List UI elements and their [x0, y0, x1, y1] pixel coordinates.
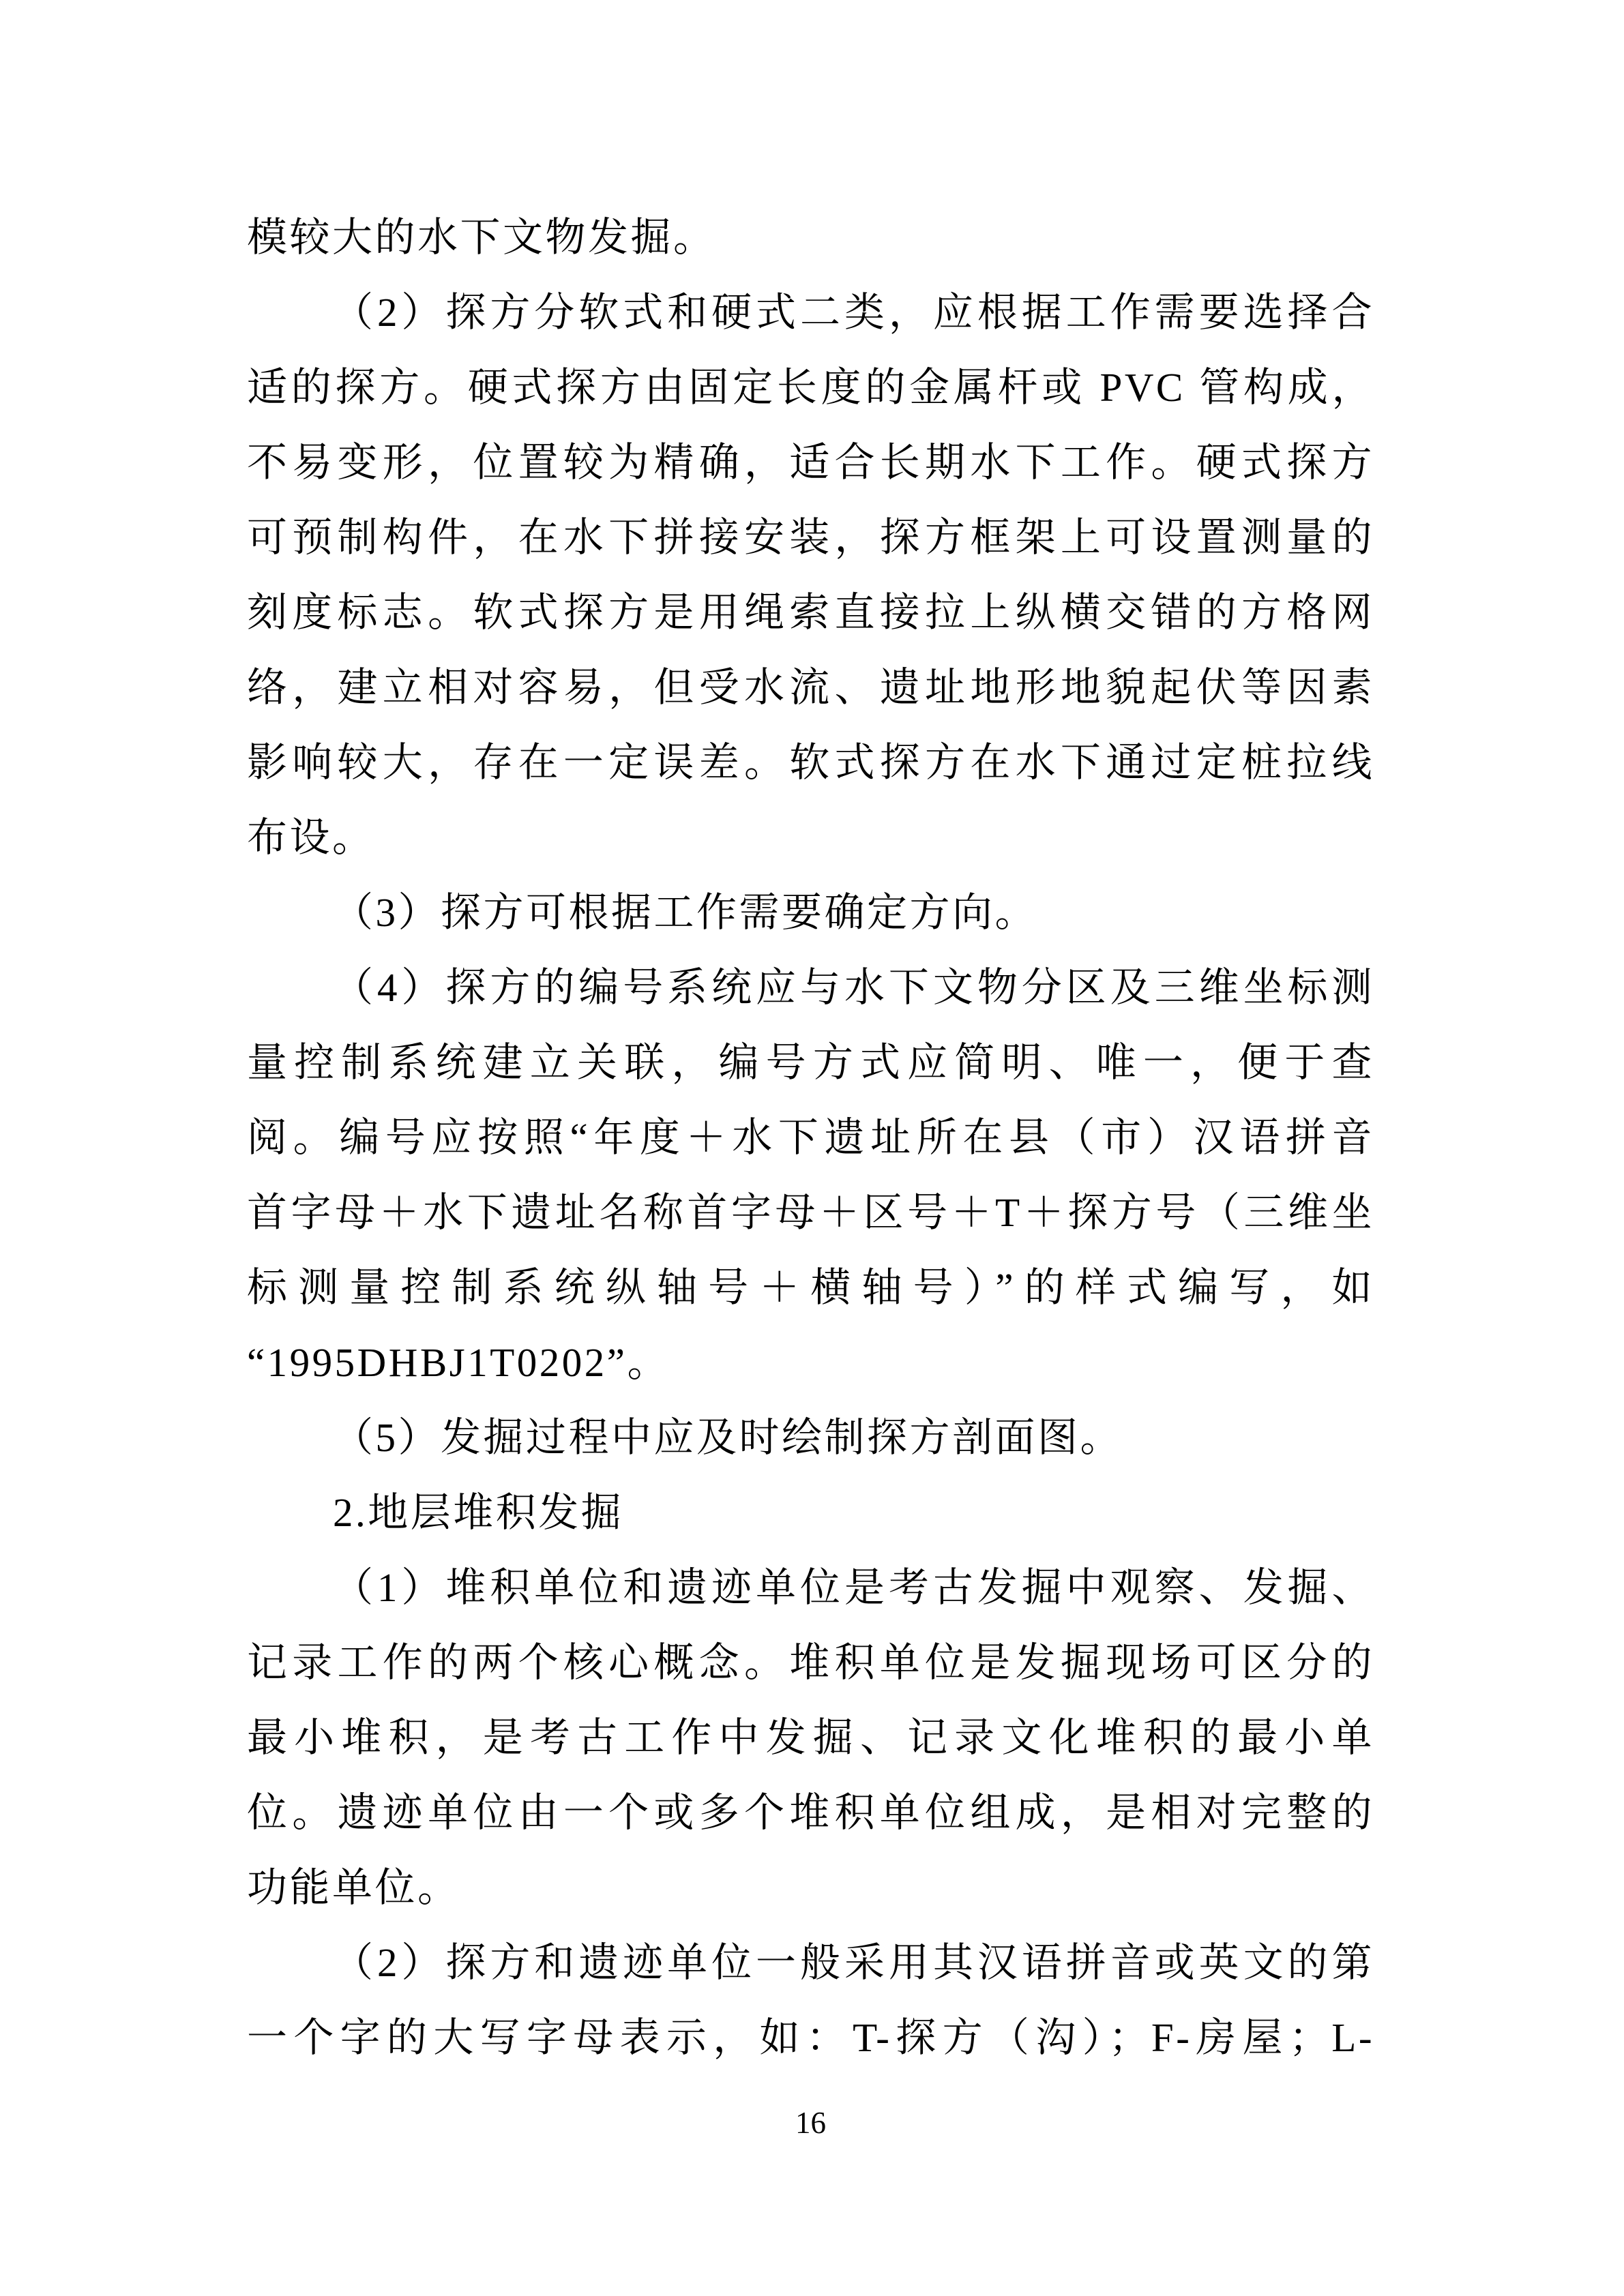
text-line: 量控制系统建立关联，编号方式应简明、唯一，便于查 — [247, 1025, 1374, 1100]
text-line: 络，建立相对容易，但受水流、遗址地形地貌起伏等因素 — [247, 650, 1374, 725]
text-line: 可预制构件，在水下拼接安装，探方框架上可设置测量的 — [247, 500, 1374, 575]
text-line: 适的探方。硬式探方由固定长度的金属杆或 PVC 管构成， — [247, 350, 1374, 425]
text-line: 功能单位。 — [247, 1850, 1374, 1925]
text-line: （2）探方和遗迹单位一般采用其汉语拼音或英文的第 — [247, 1925, 1374, 2000]
text-line: 一个字的大写字母表示，如：T-探方（沟）；F-房屋；L- — [247, 2000, 1374, 2075]
text-line: 刻度标志。软式探方是用绳索直接拉上纵横交错的方格网 — [247, 575, 1374, 650]
text-line: （5）发掘过程中应及时绘制探方剖面图。 — [247, 1400, 1374, 1475]
text-line: 2.地层堆积发掘 — [247, 1475, 1374, 1550]
text-line: 首字母＋水下遗址名称首字母＋区号＋T＋探方号（三维坐 — [247, 1175, 1374, 1250]
text-line: （4）探方的编号系统应与水下文物分区及三维坐标测 — [247, 950, 1374, 1025]
text-line: 不易变形，位置较为精确，适合长期水下工作。硬式探方 — [247, 425, 1374, 500]
text-line: 布设。 — [247, 800, 1374, 875]
document-page: 模较大的水下文物发掘。 （2）探方分软式和硬式二类，应根据工作需要选择合 适的探… — [0, 0, 1624, 2296]
text-line: （2）探方分软式和硬式二类，应根据工作需要选择合 — [247, 275, 1374, 350]
text-line: 模较大的水下文物发掘。 — [247, 200, 1374, 275]
body-text: 模较大的水下文物发掘。 （2）探方分软式和硬式二类，应根据工作需要选择合 适的探… — [247, 200, 1374, 2075]
text-line: 记录工作的两个核心概念。堆积单位是发掘现场可区分的 — [247, 1625, 1374, 1700]
text-line: “1995DHBJ1T0202”。 — [247, 1325, 1374, 1400]
text-line: （3）探方可根据工作需要确定方向。 — [247, 875, 1374, 950]
text-line: 最小堆积，是考古工作中发掘、记录文化堆积的最小单 — [247, 1700, 1374, 1775]
text-line: （1）堆积单位和遗迹单位是考古发掘中观察、发掘、 — [247, 1550, 1374, 1625]
page-number: 16 — [247, 2102, 1374, 2144]
text-line: 位。遗迹单位由一个或多个堆积单位组成，是相对完整的 — [247, 1775, 1374, 1850]
text-line: 影响较大，存在一定误差。软式探方在水下通过定桩拉线 — [247, 725, 1374, 800]
text-line: 阅。编号应按照“年度＋水下遗址所在县（市）汉语拼音 — [247, 1100, 1374, 1175]
text-line: 标测量控制系统纵轴号＋横轴号）”的样式编写，如 — [247, 1250, 1374, 1325]
